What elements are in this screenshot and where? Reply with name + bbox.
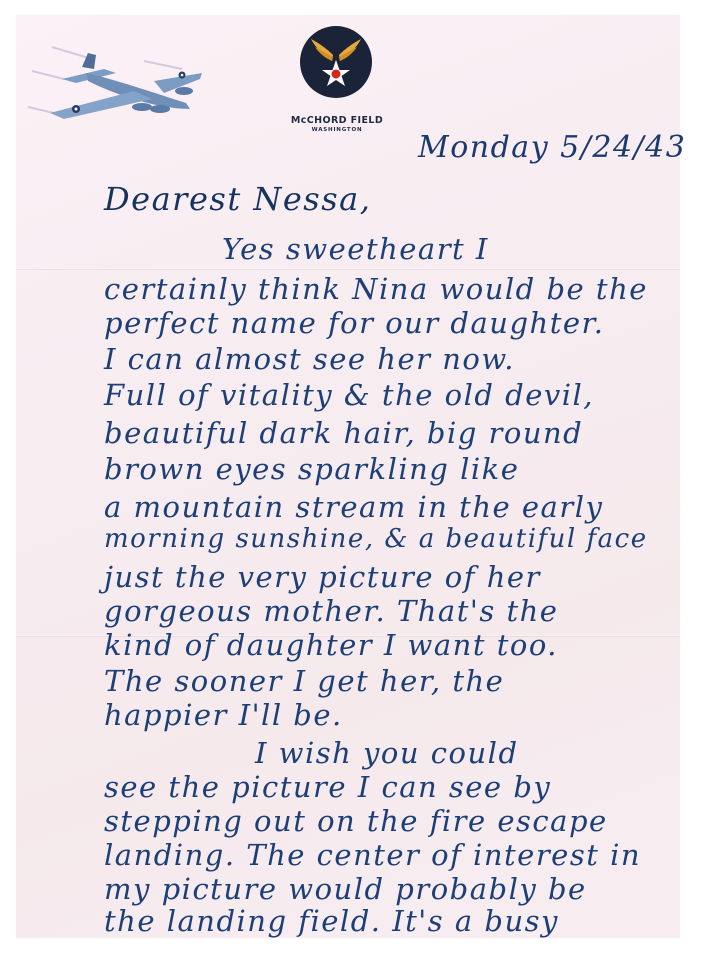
paper-fold [16,268,680,270]
letterhead-state: WASHINGTON [280,127,394,133]
letter-line: just the very picture of her [104,560,541,594]
letter-line: a mountain stream in the early [104,490,603,524]
letter-line: stepping out on the fire escape [104,804,608,838]
letter-line: happier I'll be. [104,698,343,732]
letter-line: my picture would probably be [104,872,587,906]
letter-line: perfect name for our daughter. [104,306,604,340]
b17-bomber-illustration-icon [24,29,204,129]
letter-line: beautiful dark hair, big round [104,416,583,450]
letter-line: morning sunshine, & a beautiful face [104,524,648,554]
letter-line: certainly think Nina would be the [104,272,648,306]
letter-line: landing. The center of interest in [104,838,641,872]
letter-salutation: Dearest Nessa, [104,180,371,218]
letter-date: Monday 5/24/43 [418,130,686,165]
army-air-forces-insignia-icon [299,25,373,99]
letter-line: see the picture I can see by [104,770,551,804]
letterhead-base-name: McCHORD FIELD [280,115,394,126]
letter-line: The sooner I get her, the [104,664,504,698]
letter-line: Yes sweetheart I [222,232,489,266]
letter-line: the landing field. It's a busy [104,904,559,938]
letter-line: Full of vitality & the old devil, [104,378,594,412]
letter-line: brown eyes sparkling like [104,452,519,486]
letter-line: I can almost see her now. [104,342,515,376]
letter-line: gorgeous mother. That's the [104,594,558,628]
letter-line: I wish you could [255,736,519,770]
letter-line: kind of daughter I want too. [104,628,558,662]
